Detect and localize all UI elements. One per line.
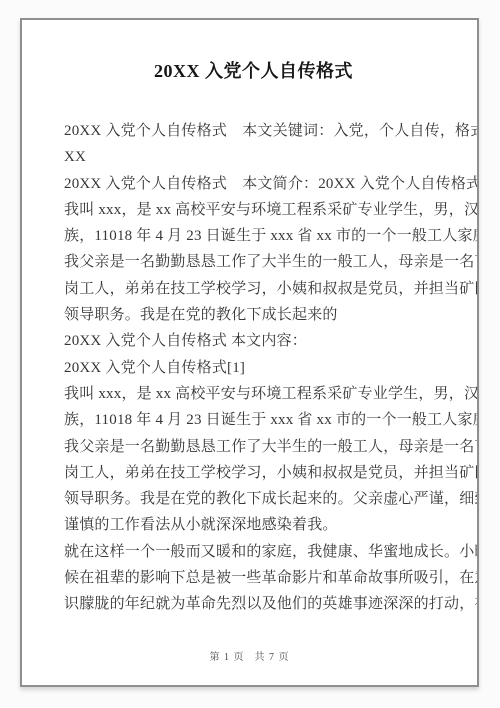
document-body: 20XX 入党个人自传格式 本文关键词：入党，个人自传，格式，XX20XX 入党… — [64, 118, 453, 618]
text-line: 族，11018 年 4 月 23 日诞生于 xxx 省 xx 市的一个一般工人家… — [64, 223, 453, 249]
text-line: 我叫 xxx，是 xx 高校平安与环境工程系采矿专业学生，男，汉 — [64, 381, 453, 407]
text-line: 20XX 入党个人自传格式[1] — [64, 355, 453, 381]
text-line: 识朦胧的年纪就为革命先烈以及他们的英雄事迹深深的打动，在 — [64, 591, 453, 617]
text-line: 岗工人，弟弟在技工学校学习，小姨和叔叔是党员，并担当矿区 — [64, 276, 453, 302]
text-line: XX — [64, 144, 453, 170]
text-line: 领导职务。我是在党的教化下成长起来的。父亲虚心严谨，细致 — [64, 486, 453, 512]
text-line: 就在这样一个一般而又暖和的家庭，我健康、华蜜地成长。小时 — [64, 539, 453, 565]
text-line: 20XX 入党个人自传格式 本文内容： — [64, 328, 453, 354]
document-title: 20XX 入党个人自传格式 — [54, 58, 453, 84]
page-total-label: 共 7 页 — [255, 652, 290, 663]
text-line: 我父亲是一名勤勤恳恳工作了大半生的一般工人，母亲是一名下 — [64, 434, 453, 460]
page-number-label: 第 1 页 — [210, 652, 245, 663]
text-line: 岗工人，弟弟在技工学校学习，小姨和叔叔是党员，并担当矿区 — [64, 460, 453, 486]
text-line: 谨慎的工作看法从小就深深地感染着我。 — [64, 512, 453, 538]
text-line: 我叫 xxx，是 xx 高校平安与环境工程系采矿专业学生，男，汉 — [64, 197, 453, 223]
text-line: 族，11018 年 4 月 23 日诞生于 xxx 省 xx 市的一个一般工人家… — [64, 407, 453, 433]
text-line: 我父亲是一名勤勤恳恳工作了大半生的一般工人，母亲是一名下 — [64, 249, 453, 275]
document-page: 20XX 入党个人自传格式 20XX 入党个人自传格式 本文关键词：入党，个人自… — [20, 18, 479, 687]
text-line: 领导职务。我是在党的教化下成长起来的 — [64, 302, 453, 328]
page-footer: 第 1 页共 7 页 — [22, 648, 477, 663]
text-line: 候在祖辈的影响下总是被一些革命影片和革命故事所吸引，在意 — [64, 565, 453, 591]
text-line: 20XX 入党个人自传格式 本文简介：20XX 入党个人自传格式[1] — [64, 171, 453, 197]
text-line: 20XX 入党个人自传格式 本文关键词：入党，个人自传，格式， — [64, 118, 453, 144]
